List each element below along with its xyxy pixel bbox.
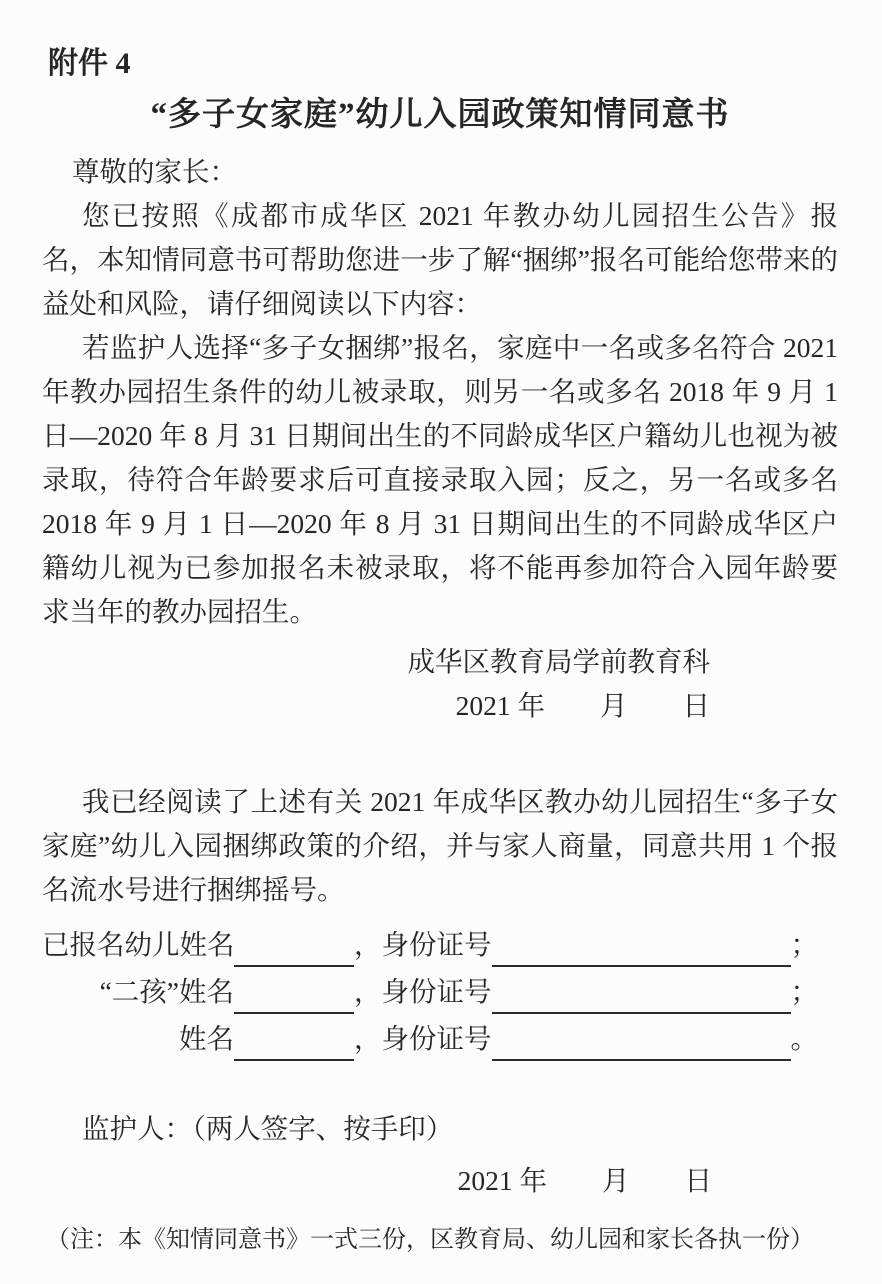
registered-child-name-field[interactable]: [234, 931, 354, 967]
registered-child-name-label: 已报名幼儿姓名: [42, 923, 234, 967]
issue-date-line: 2021 年 月 日: [42, 684, 710, 728]
document-page: 附件 4 “多子女家庭”幼儿入园政策知情同意书 尊敬的家长： 您已按照《成都市成…: [0, 0, 882, 1284]
footnote: （注：本《知情同意书》一式三份，区教育局、幼儿园和家长各执一份）: [42, 1223, 838, 1257]
second-child-row: “二孩”姓名 ，身份证号 ；: [42, 967, 818, 1014]
policy-paragraph: 若监护人选择“多子女捆绑”报名，家庭中一名或多名符合 2021 年教办园招生条件…: [42, 326, 838, 634]
registered-child-id-label: ，身份证号: [354, 923, 492, 967]
third-child-row-terminator: 。: [791, 1017, 819, 1061]
third-child-row: 姓名 ，身份证号 。: [42, 1014, 818, 1061]
third-child-name-field[interactable]: [234, 1025, 354, 1061]
second-child-row-terminator: ；: [791, 970, 819, 1014]
second-child-name-field[interactable]: [234, 978, 354, 1014]
issuing-department: 成华区教育局学前教育科: [42, 640, 710, 684]
salutation: 尊敬的家长：: [42, 150, 838, 194]
third-child-id-label: ，身份证号: [354, 1017, 492, 1061]
consent-paragraph: 我已经阅读了上述有关 2021 年成华区教办幼儿园招生“多子女家庭”幼儿入园捆绑…: [42, 780, 838, 912]
registered-child-row-terminator: ；: [791, 923, 819, 967]
document-title: “多子女家庭”幼儿入园政策知情同意书: [42, 94, 838, 136]
second-child-name-label: “二孩”姓名: [42, 970, 234, 1014]
third-child-name-label: 姓名: [42, 1017, 234, 1061]
second-child-id-field[interactable]: [492, 978, 791, 1014]
registered-child-id-field[interactable]: [492, 931, 791, 967]
guardian-signature-line: 监护人：（两人签字、按手印）: [42, 1107, 838, 1151]
registered-child-row: 已报名幼儿姓名 ，身份证号 ；: [42, 920, 818, 967]
attachment-label: 附件 4: [42, 46, 838, 82]
guardian-date-line: 2021 年 月 日: [42, 1159, 838, 1203]
intro-paragraph: 您已按照《成都市成华区 2021 年教办幼儿园招生公告》报名，本知情同意书可帮助…: [42, 194, 838, 326]
fill-in-section: 已报名幼儿姓名 ，身份证号 ； “二孩”姓名 ，身份证号 ； 姓名 ，身份证号 …: [42, 920, 838, 1061]
third-child-id-field[interactable]: [492, 1025, 791, 1061]
issuer-signature-block: 成华区教育局学前教育科 2021 年 月 日: [42, 640, 838, 728]
second-child-id-label: ，身份证号: [354, 970, 492, 1014]
